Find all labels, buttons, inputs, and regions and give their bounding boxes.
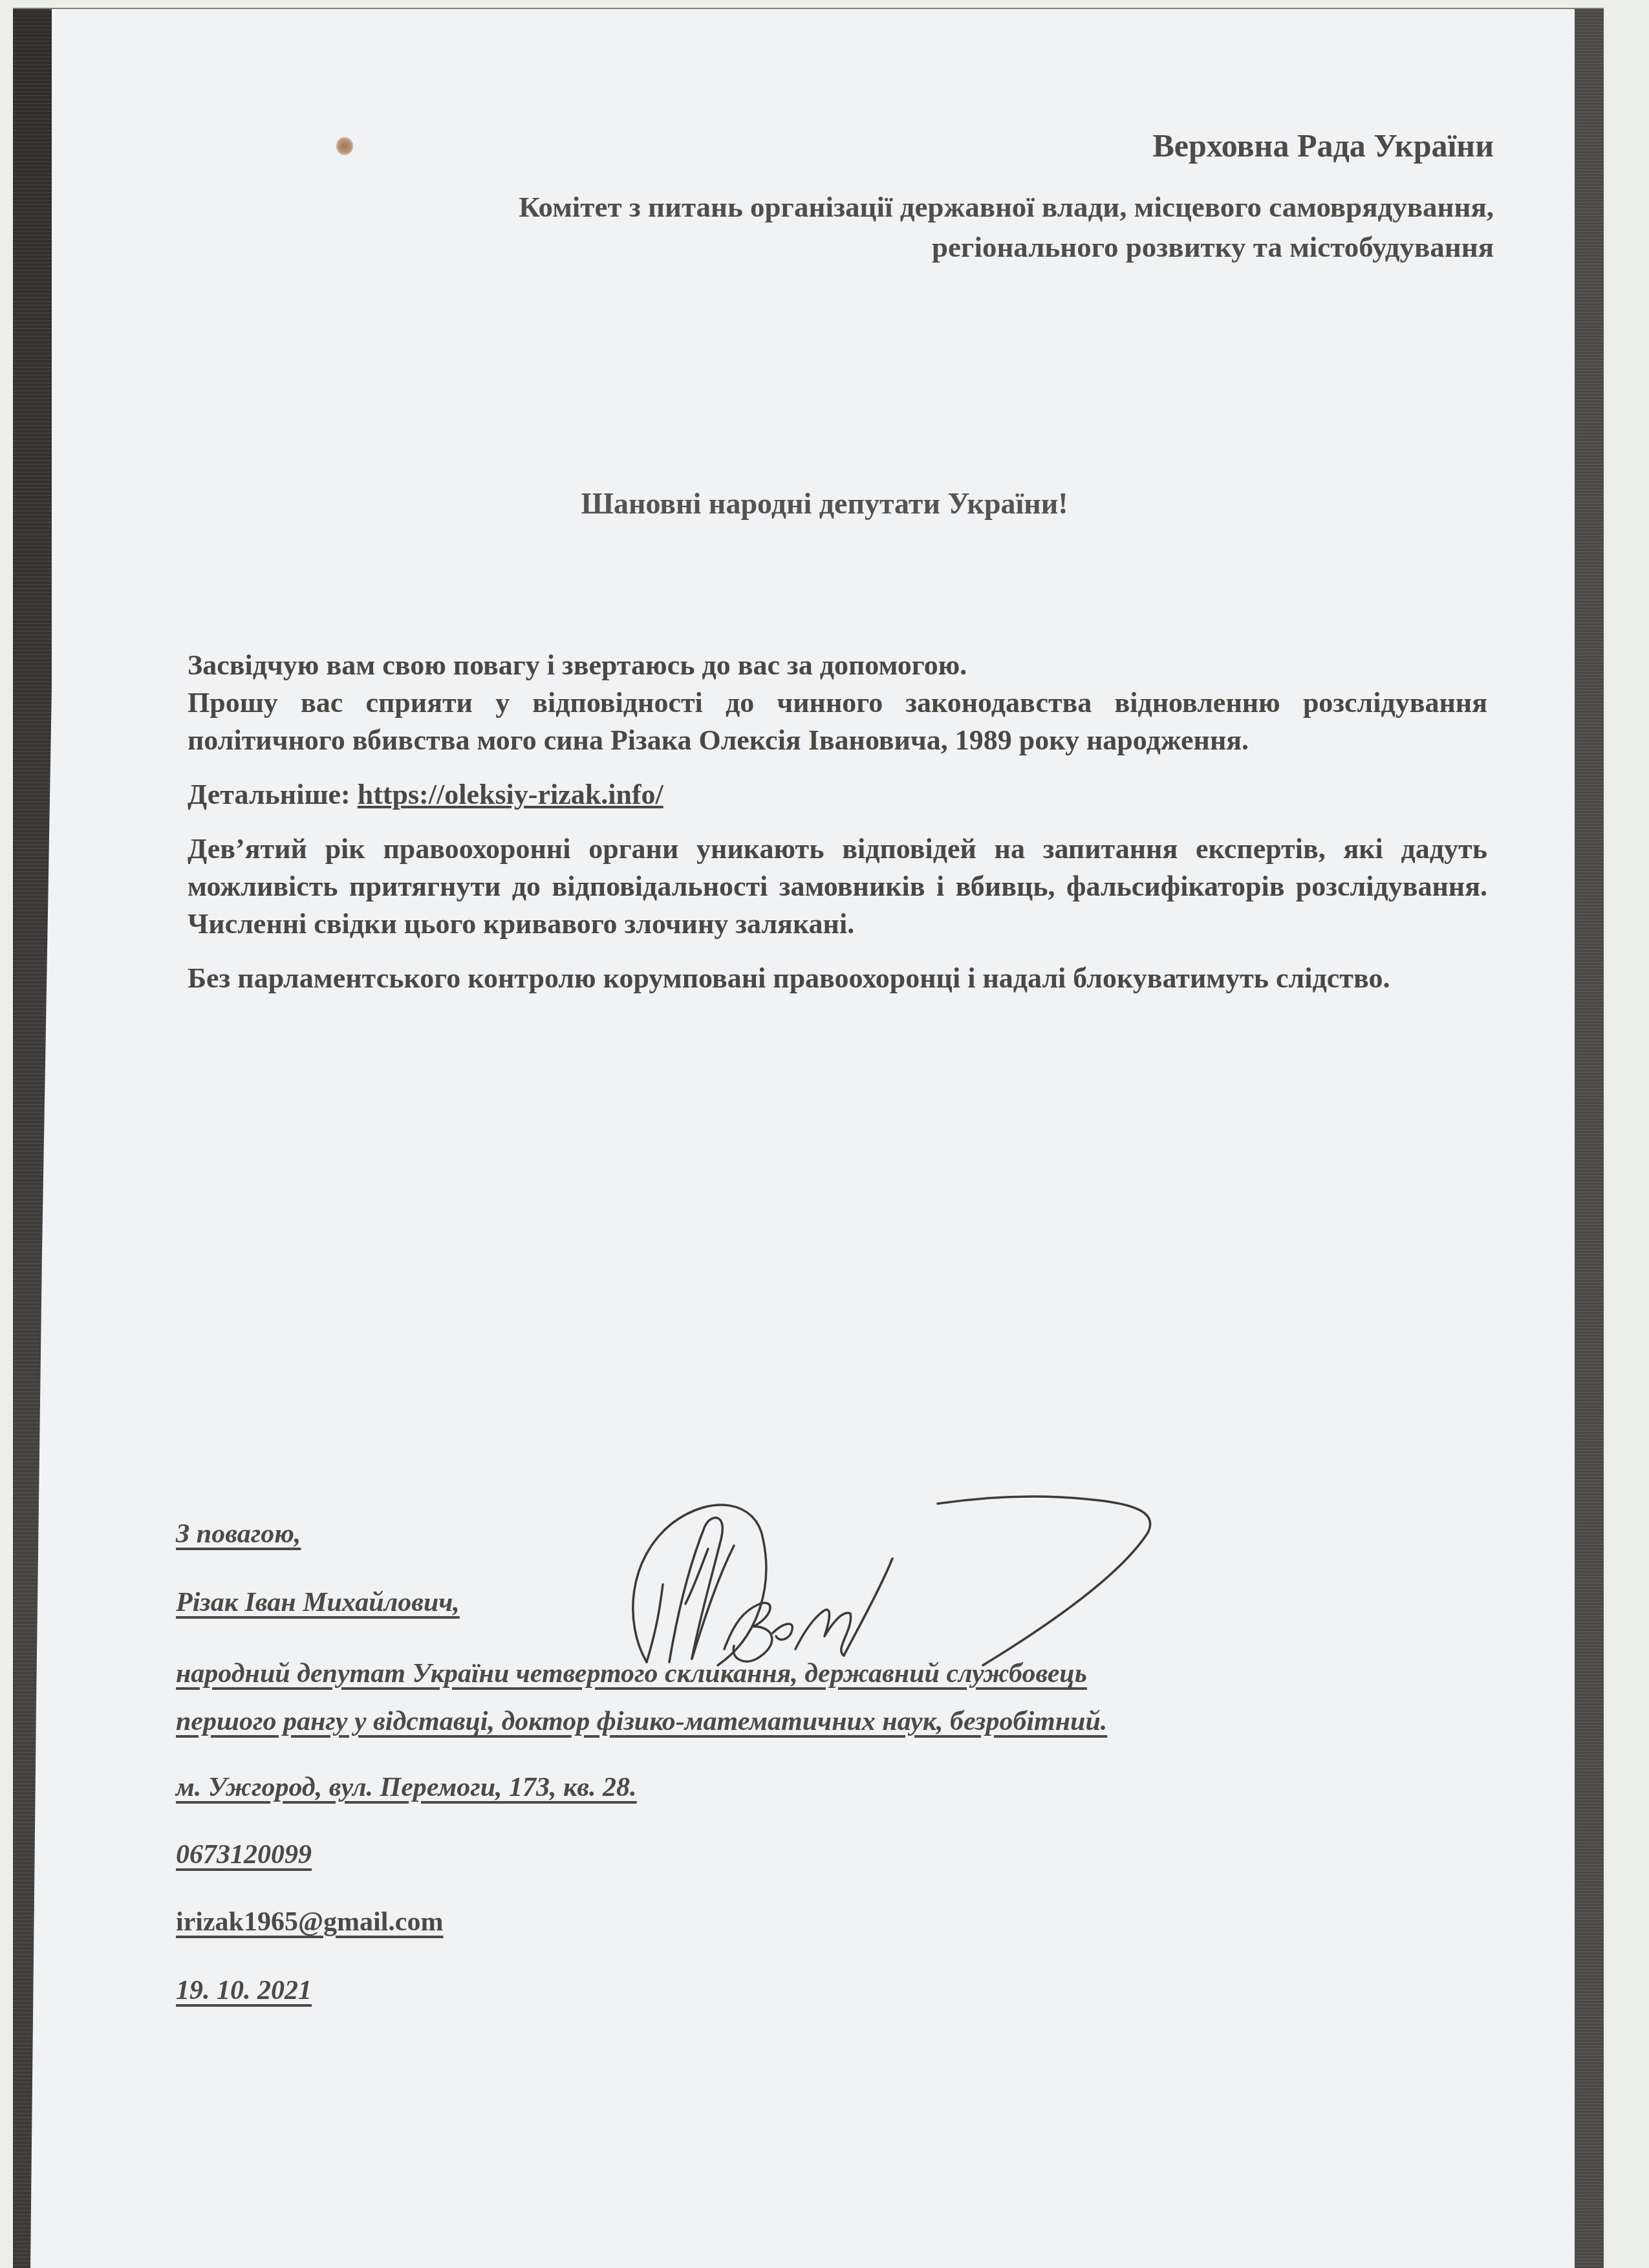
- body-request-paragraph: Прошу вас сприяти у відповідності до чин…: [188, 684, 1487, 759]
- photocopy-border-left-texture: [13, 9, 52, 2268]
- letter-header: Верховна Рада України Комітет з питань о…: [519, 126, 1494, 267]
- salutation: Шановні народні депутати України!: [0, 486, 1649, 521]
- sender-title-line-2: першого рангу у відставці, доктор фізико…: [176, 1706, 1107, 1737]
- sender-email: irizak1965@gmail.com: [176, 1906, 444, 1938]
- photocopy-border-right-texture: [1575, 9, 1604, 2268]
- paper-stain: [336, 137, 353, 155]
- sender-name: Різак Іван Михайлович,: [176, 1587, 460, 1618]
- committee-line-1: Комітет з питань організації державної в…: [519, 187, 1494, 227]
- letter-date: 19. 10. 2021: [176, 1975, 312, 2006]
- details-label: Детальніше:: [188, 779, 350, 810]
- body-paragraph-3: Без парламентського контролю корумповані…: [188, 960, 1487, 997]
- handwritten-signature: [621, 1487, 1384, 1681]
- body-opening-line: Засвідчую вам свою повагу і звертаюсь до…: [188, 647, 1487, 684]
- closing-phrase: З повагою,: [176, 1518, 301, 1550]
- addressee-organization: Верховна Рада України: [519, 126, 1494, 165]
- details-line: Детальніше: https://oleksiy-rizak.info/: [188, 776, 1487, 814]
- sender-address: м. Ужгород, вул. Перемоги, 173, кв. 28.: [176, 1772, 637, 1803]
- body-paragraph-2: Дев’ятий рік правоохоронні органи уникаю…: [188, 830, 1487, 943]
- committee-line-2: регіонального розвитку та містобудування: [519, 227, 1494, 267]
- letter-body: Засвідчую вам свою повагу і звертаюсь до…: [188, 647, 1487, 1014]
- sender-title-line-1: народний депутат України четвертого скли…: [176, 1658, 1087, 1689]
- details-link[interactable]: https://oleksiy-rizak.info/: [358, 779, 663, 810]
- sender-phone: 0673120099: [176, 1839, 312, 1870]
- addressee-committee: Комітет з питань організації державної в…: [519, 187, 1494, 267]
